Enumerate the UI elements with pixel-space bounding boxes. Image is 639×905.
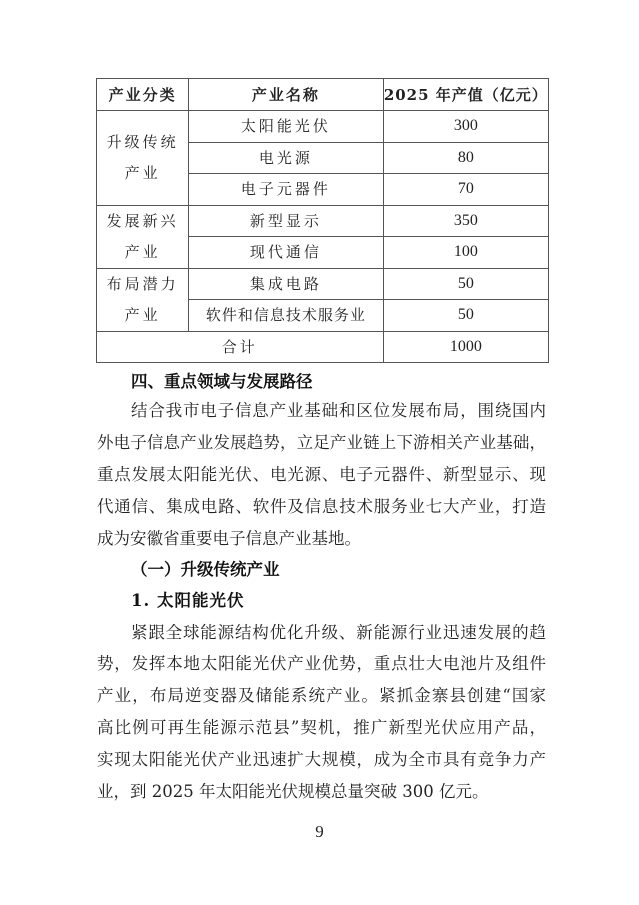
category-cell: 发展新兴 产业: [97, 205, 189, 268]
total-label: 合计: [97, 331, 384, 363]
category-label: 升级传统: [97, 127, 188, 158]
category-label: 产业: [97, 300, 188, 331]
header-name: 产业名称: [189, 79, 383, 111]
paragraph-line: 紧跟全球能源结构优化升级、新能源行业迅速发展的趋: [131, 623, 546, 643]
header-category: 产业分类: [97, 79, 189, 111]
total-value: 1000: [383, 331, 548, 363]
category-cell: 升级传统 产业: [97, 111, 189, 206]
category-label: 发展新兴: [97, 206, 188, 237]
industry-name: 软件和信息技术服务业: [189, 300, 383, 332]
header-output: 2025 年产值（亿元）: [383, 79, 548, 111]
industry-value: 100: [383, 237, 548, 269]
category-label: 产业: [97, 237, 188, 268]
industry-value: 50: [383, 268, 548, 300]
table-header-row: 产业分类 产业名称 2025 年产值（亿元）: [97, 79, 549, 111]
industry-value: 300: [383, 111, 548, 143]
paragraph-line: 代通信、集成电路、软件及信息技术服务业七大产业，打造: [97, 497, 546, 517]
section-heading: 四、重点领域与发展路径: [131, 372, 313, 392]
category-label: 产业: [97, 158, 188, 189]
item-heading: 1. 太阳能光伏: [131, 591, 244, 611]
category-cell: 布局潜力 产业: [97, 268, 189, 331]
industry-name: 太阳能光伏: [189, 111, 383, 143]
paragraph-line: 产业，布局逆变器及储能系统产业。紧抓金寨县创建“国家: [97, 686, 546, 706]
paragraph-line: 势，发挥本地太阳能光伏产业优势，重点壮大电池片及组件: [97, 654, 546, 674]
subsection-heading: （一）升级传统产业: [131, 560, 280, 580]
paragraph-line: 业，到 2025 年太阳能光伏规模总量突破 300 亿元。: [97, 782, 488, 802]
paragraph-line: 实现太阳能光伏产业迅速扩大规模，成为全市具有竞争力产: [97, 750, 546, 770]
industry-name: 电子元器件: [189, 174, 383, 206]
paragraph-line: 重点发展太阳能光伏、电光源、电子元器件、新型显示、现: [97, 465, 546, 485]
industry-value: 50: [383, 300, 548, 332]
paragraph-line: 高比例可再生能源示范县”契机，推广新型光伏应用产品，: [97, 718, 546, 738]
industry-name: 现代通信: [189, 237, 383, 269]
table-row: 升级传统 产业 太阳能光伏 300: [97, 111, 549, 143]
table-total-row: 合计 1000: [97, 331, 549, 363]
industry-name: 电光源: [189, 142, 383, 174]
industry-name: 新型显示: [189, 205, 383, 237]
table-row: 发展新兴 产业 新型显示 350: [97, 205, 549, 237]
industry-name: 集成电路: [189, 268, 383, 300]
paragraph-line: 成为安徽省重要电子信息产业基地。: [97, 529, 361, 549]
document-page: 产业分类 产业名称 2025 年产值（亿元） 升级传统 产业 太阳能光伏 300…: [0, 0, 639, 905]
industry-output-table: 产业分类 产业名称 2025 年产值（亿元） 升级传统 产业 太阳能光伏 300…: [96, 78, 549, 363]
table-row: 布局潜力 产业 集成电路 50: [97, 268, 549, 300]
industry-value: 350: [383, 205, 548, 237]
industry-value: 80: [383, 142, 548, 174]
paragraph-line: 结合我市电子信息产业基础和区位发展布局，围绕国内: [131, 401, 546, 421]
industry-value: 70: [383, 174, 548, 206]
paragraph-line: 外电子信息产业发展趋势，立足产业链上下游相关产业基础，: [97, 433, 546, 453]
page-number: 9: [0, 822, 639, 842]
category-label: 布局潜力: [97, 269, 188, 300]
